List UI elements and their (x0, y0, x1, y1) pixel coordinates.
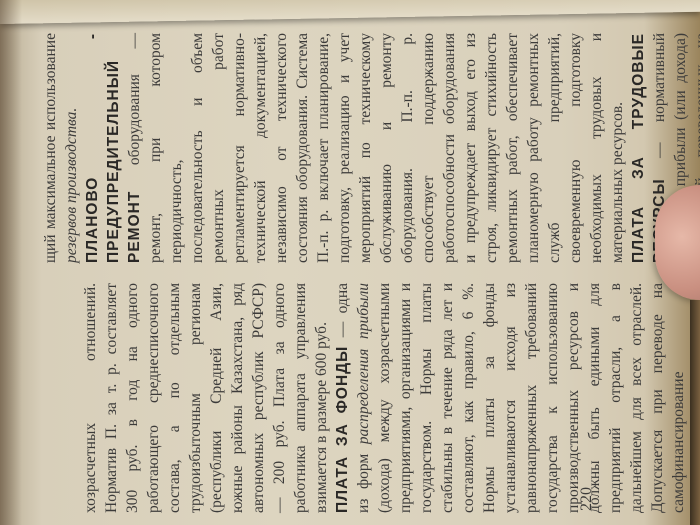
rotated-page-content: щий максимальное использование резервов … (30, 20, 650, 525)
spine-shadow (0, 0, 22, 525)
entry-heading: ПЛАТА ЗА ФОНДЫ (334, 346, 351, 513)
entry-text: оборудования — ремонт, при котором перио… (126, 33, 626, 263)
page-column-first: щий максимальное использование резервов … (40, 33, 700, 263)
text: щий максимальное использование (42, 33, 59, 263)
entry-planned-repair: ПЛАНОВО - ПРЕДУПРЕДИТЕЛЬНЫЙ РЕМОНТ обору… (82, 33, 628, 263)
book-cover-edge (690, 300, 700, 525)
entry-fund-fee: ПЛАТА ЗА ФОНДЫ — одна из форм распределе… (332, 283, 700, 513)
paragraph: хозрасчетных отношений. Норматив П. за т… (80, 283, 332, 513)
entry-text: (дохода) между хозрасчетными предприятия… (376, 283, 700, 513)
italic-term: резервов производства. (63, 108, 80, 263)
book-page: щий максимальное использование резервов … (30, 20, 650, 525)
page-column-second: хозрасчетных отношений. Норматив П. за т… (80, 283, 700, 513)
italic-term: распределения прибыли (355, 283, 372, 444)
paragraph: щий максимальное использование резервов … (40, 33, 82, 263)
page-number: 220 (578, 487, 596, 511)
